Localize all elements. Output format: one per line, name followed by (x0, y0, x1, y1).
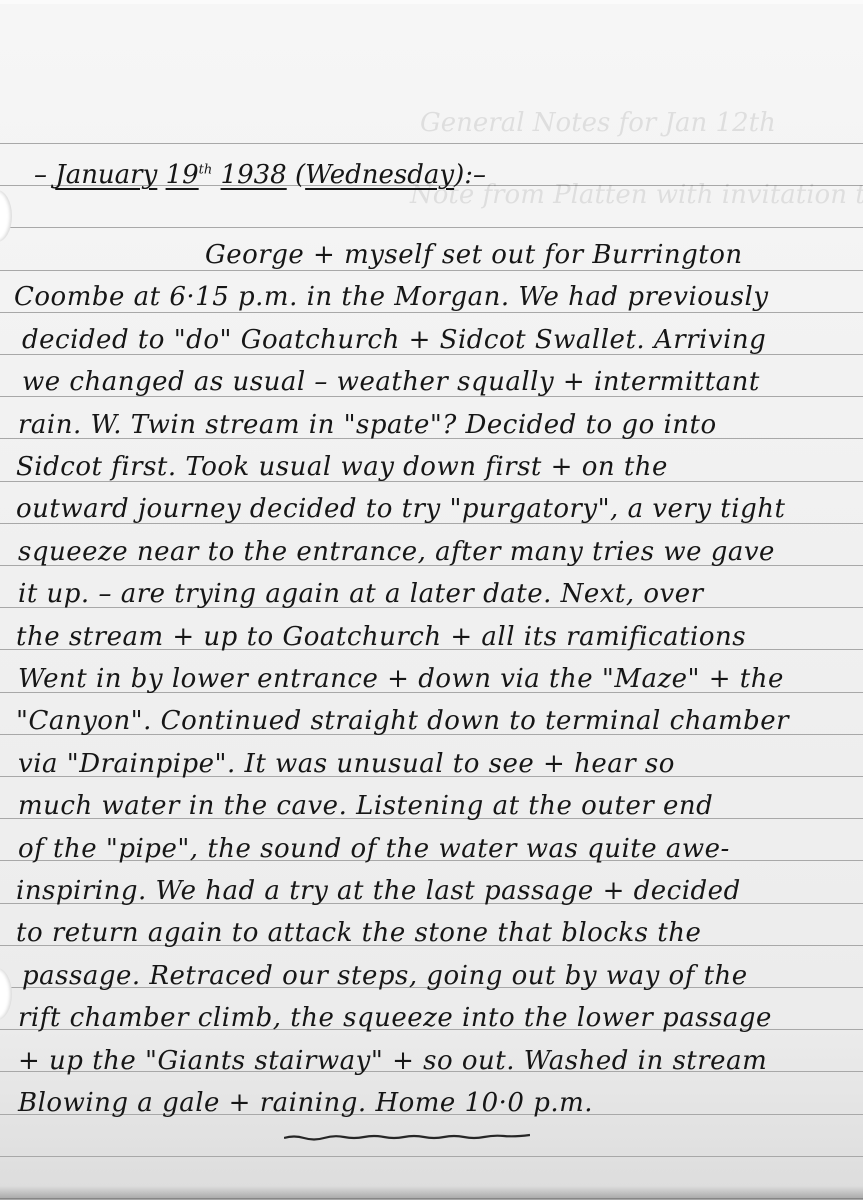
ruled-line (0, 1156, 863, 1157)
handwritten-line: "Canyon". Continued straight down to ter… (16, 706, 789, 736)
heading-month: January (55, 160, 157, 190)
page-top-edge (0, 0, 863, 4)
handwritten-line: inspiring. We had a try at the last pass… (16, 876, 741, 906)
handwritten-line: Sidcot first. Took usual way down first … (16, 452, 668, 482)
handwritten-line: passage. Retraced our steps, going out b… (22, 961, 748, 991)
heading-close-paren: ):– (454, 160, 486, 190)
ruled-line (0, 143, 863, 144)
journal-page: General Notes for Jan 12th Note from Pla… (0, 0, 863, 1200)
punch-hole-bottom (0, 968, 12, 1020)
handwritten-line: rain. W. Twin stream in "spate"? Decided… (18, 410, 717, 440)
handwritten-line: via "Drainpipe". It was unusual to see +… (18, 749, 675, 779)
handwritten-line: outward journey decided to try "purgator… (16, 494, 785, 524)
heading-day-suffix: th (199, 162, 213, 177)
handwritten-line: George + myself set out for Burrington (205, 240, 743, 270)
handwritten-line: to return again to attack the stone that… (16, 918, 701, 948)
ruled-line (0, 227, 863, 228)
entry-date-heading: – January 19th 1938 (Wednesday):– (34, 160, 486, 190)
ruled-line (0, 270, 863, 271)
handwritten-line: the stream + up to Goatchurch + all its … (16, 622, 746, 652)
closing-squiggle-divider (284, 1133, 530, 1141)
handwritten-line: decided to "do" Goatchurch + Sidcot Swal… (22, 325, 766, 355)
handwritten-line: of the "pipe", the sound of the water wa… (18, 834, 730, 864)
handwritten-line: much water in the cave. Listening at the… (18, 791, 713, 821)
heading-day: 19 (166, 160, 199, 190)
handwritten-line: Coombe at 6·15 p.m. in the Morgan. We ha… (14, 282, 769, 312)
handwritten-line: + up the "Giants stairway" + so out. Was… (18, 1046, 767, 1076)
show-through-text: General Notes for Jan 12th (420, 108, 776, 138)
handwritten-line: we changed as usual – weather squally + … (22, 367, 760, 397)
handwritten-line: Blowing a gale + raining. Home 10·0 p.m. (18, 1088, 593, 1118)
handwritten-line: squeeze near to the entrance, after many… (18, 537, 775, 567)
heading-dash: – (34, 160, 47, 190)
heading-weekday: Wednesday (305, 160, 454, 190)
heading-open-paren: ( (295, 160, 305, 190)
punch-hole-top (0, 190, 12, 242)
handwritten-line: Went in by lower entrance + down via the… (18, 664, 784, 694)
page-bottom-shadow (0, 1186, 863, 1200)
handwritten-line: rift chamber climb, the squeeze into the… (18, 1003, 772, 1033)
handwritten-line: it up. – are trying again at a later dat… (18, 579, 704, 609)
ruled-line (0, 312, 863, 313)
heading-year: 1938 (221, 160, 287, 190)
